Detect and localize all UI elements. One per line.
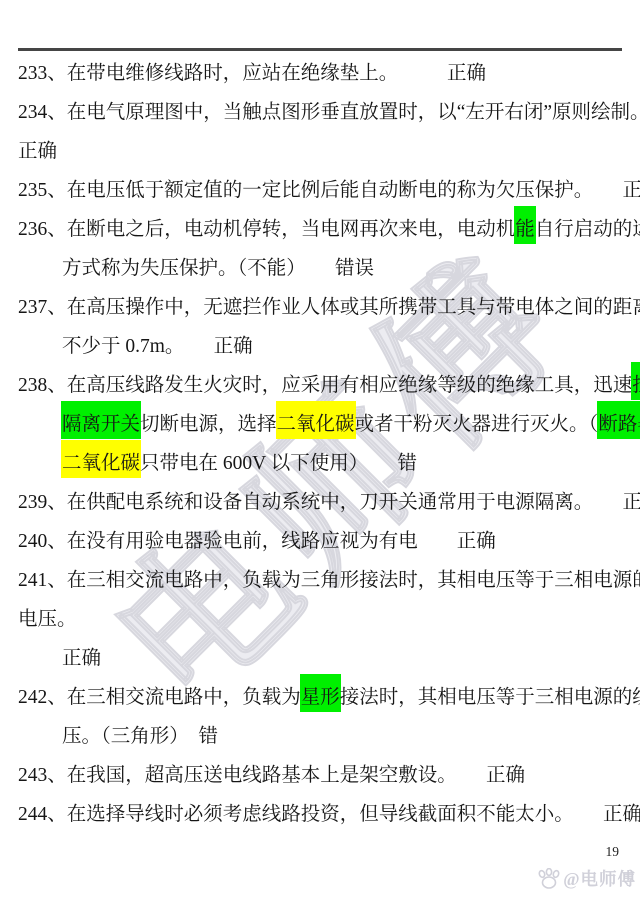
- text-segment: 或者干粉灭火器进行灭火。（: [355, 414, 599, 435]
- question-line: 244、在选择导线时必须考虑线路投资，但导线截面积不能太小。 正确: [18, 795, 624, 834]
- question-line: 233、在带电维修线路时，应站在绝缘垫上。 正确: [18, 54, 624, 93]
- text-segment: 236、在断电之后，电动机停转，当电网再次来电，电动机: [18, 219, 515, 240]
- highlighted-term: 断路器: [597, 401, 640, 439]
- text-segment: 只带电在 600V 以下使用） 错: [140, 453, 417, 474]
- text-segment: 正确: [18, 141, 57, 162]
- question-line: 241、在三相交流电路中，负载为三角形接法时，其相电压等于三相电源的线: [18, 561, 624, 600]
- text-segment: 238、在高压线路发生火灾时，应采用有相应绝缘等级的绝缘工具，迅速: [18, 375, 632, 396]
- text-segment: 正确: [62, 648, 101, 669]
- question-line: 正确: [18, 132, 624, 171]
- text-segment: 240、在没有用验电器验电前，线路应视为有电 正确: [18, 531, 496, 552]
- highlighted-term: 能: [514, 206, 536, 244]
- question-line: 方式称为失压保护。（不能） 错误: [18, 249, 624, 288]
- question-line: 235、在电压低于额定值的一定比例后能自动断电的称为欠压保护。 正确: [18, 171, 624, 210]
- highlighted-term: 隔离开关: [61, 401, 141, 439]
- question-line: 隔离开关切断电源，选择二氧化碳或者干粉灭火器进行灭火。（断路器，: [18, 405, 624, 444]
- highlighted-term: 二氧化碳: [61, 440, 141, 478]
- text-segment: 242、在三相交流电路中，负载为: [18, 687, 301, 708]
- question-line: 不少于 0.7m。 正确: [18, 327, 624, 366]
- text-segment: 接法时，其相电压等于三相电源的线电: [340, 687, 640, 708]
- text-segment: 243、在我国，超高压送电线路基本上是架空敷设。 正确: [18, 765, 525, 786]
- text-segment: 235、在电压低于额定值的一定比例后能自动断电的称为欠压保护。 正确: [18, 180, 640, 201]
- question-line: 234、在电气原理图中，当触点图形垂直放置时，以“左开右闭”原则绘制。: [18, 93, 624, 132]
- question-list: 233、在带电维修线路时，应站在绝缘垫上。 正确234、在电气原理图中，当触点图…: [18, 54, 624, 834]
- highlighted-term: 拉开: [631, 362, 640, 400]
- text-segment: 压。（三角形） 错: [62, 726, 218, 747]
- question-line: 电压。: [18, 600, 624, 639]
- highlighted-term: 二氧化碳: [276, 401, 356, 439]
- highlighted-term: 星形: [300, 674, 341, 712]
- watermark-credit-label: @电师傅: [563, 866, 636, 891]
- watermark-credit: @电师傅: [537, 866, 636, 891]
- question-line: 236、在断电之后，电动机停转，当电网再次来电，电动机能自行启动的运行: [18, 210, 624, 249]
- page-number: 19: [606, 844, 620, 860]
- question-line: 243、在我国，超高压送电线路基本上是架空敷设。 正确: [18, 756, 624, 795]
- text-segment: 241、在三相交流电路中，负载为三角形接法时，其相电压等于三相电源的线: [18, 570, 640, 591]
- text-segment: 自行启动的运行: [535, 219, 640, 240]
- question-line: 237、在高压操作中，无遮拦作业人体或其所携带工具与带电体之间的距离应: [18, 288, 624, 327]
- text-segment: 234、在电气原理图中，当触点图形垂直放置时，以“左开右闭”原则绘制。: [18, 102, 640, 123]
- paw-icon: [537, 868, 561, 890]
- question-line: 240、在没有用验电器验电前，线路应视为有电 正确: [18, 522, 624, 561]
- text-segment: 方式称为失压保护。（不能） 错误: [62, 258, 374, 279]
- header-rule: [18, 48, 622, 51]
- text-segment: 电压。: [18, 609, 77, 630]
- question-line: 压。（三角形） 错: [18, 717, 624, 756]
- question-line: 二氧化碳只带电在 600V 以下使用） 错: [18, 444, 624, 483]
- text-segment: 244、在选择导线时必须考虑线路投资，但导线截面积不能太小。 正确: [18, 804, 640, 825]
- text-segment: 233、在带电维修线路时，应站在绝缘垫上。 正确: [18, 63, 486, 84]
- text-segment: 239、在供配电系统和设备自动系统中，刀开关通常用于电源隔离。 正确: [18, 492, 640, 513]
- question-line: 239、在供配电系统和设备自动系统中，刀开关通常用于电源隔离。 正确: [18, 483, 624, 522]
- text-segment: 不少于 0.7m。 正确: [62, 336, 253, 357]
- question-line: 正确: [18, 639, 624, 678]
- text-segment: 237、在高压操作中，无遮拦作业人体或其所携带工具与带电体之间的距离应: [18, 297, 640, 318]
- text-segment: 切断电源，选择: [140, 414, 277, 435]
- question-line: 238、在高压线路发生火灾时，应采用有相应绝缘等级的绝缘工具，迅速拉开: [18, 366, 624, 405]
- question-line: 242、在三相交流电路中，负载为星形接法时，其相电压等于三相电源的线电: [18, 678, 624, 717]
